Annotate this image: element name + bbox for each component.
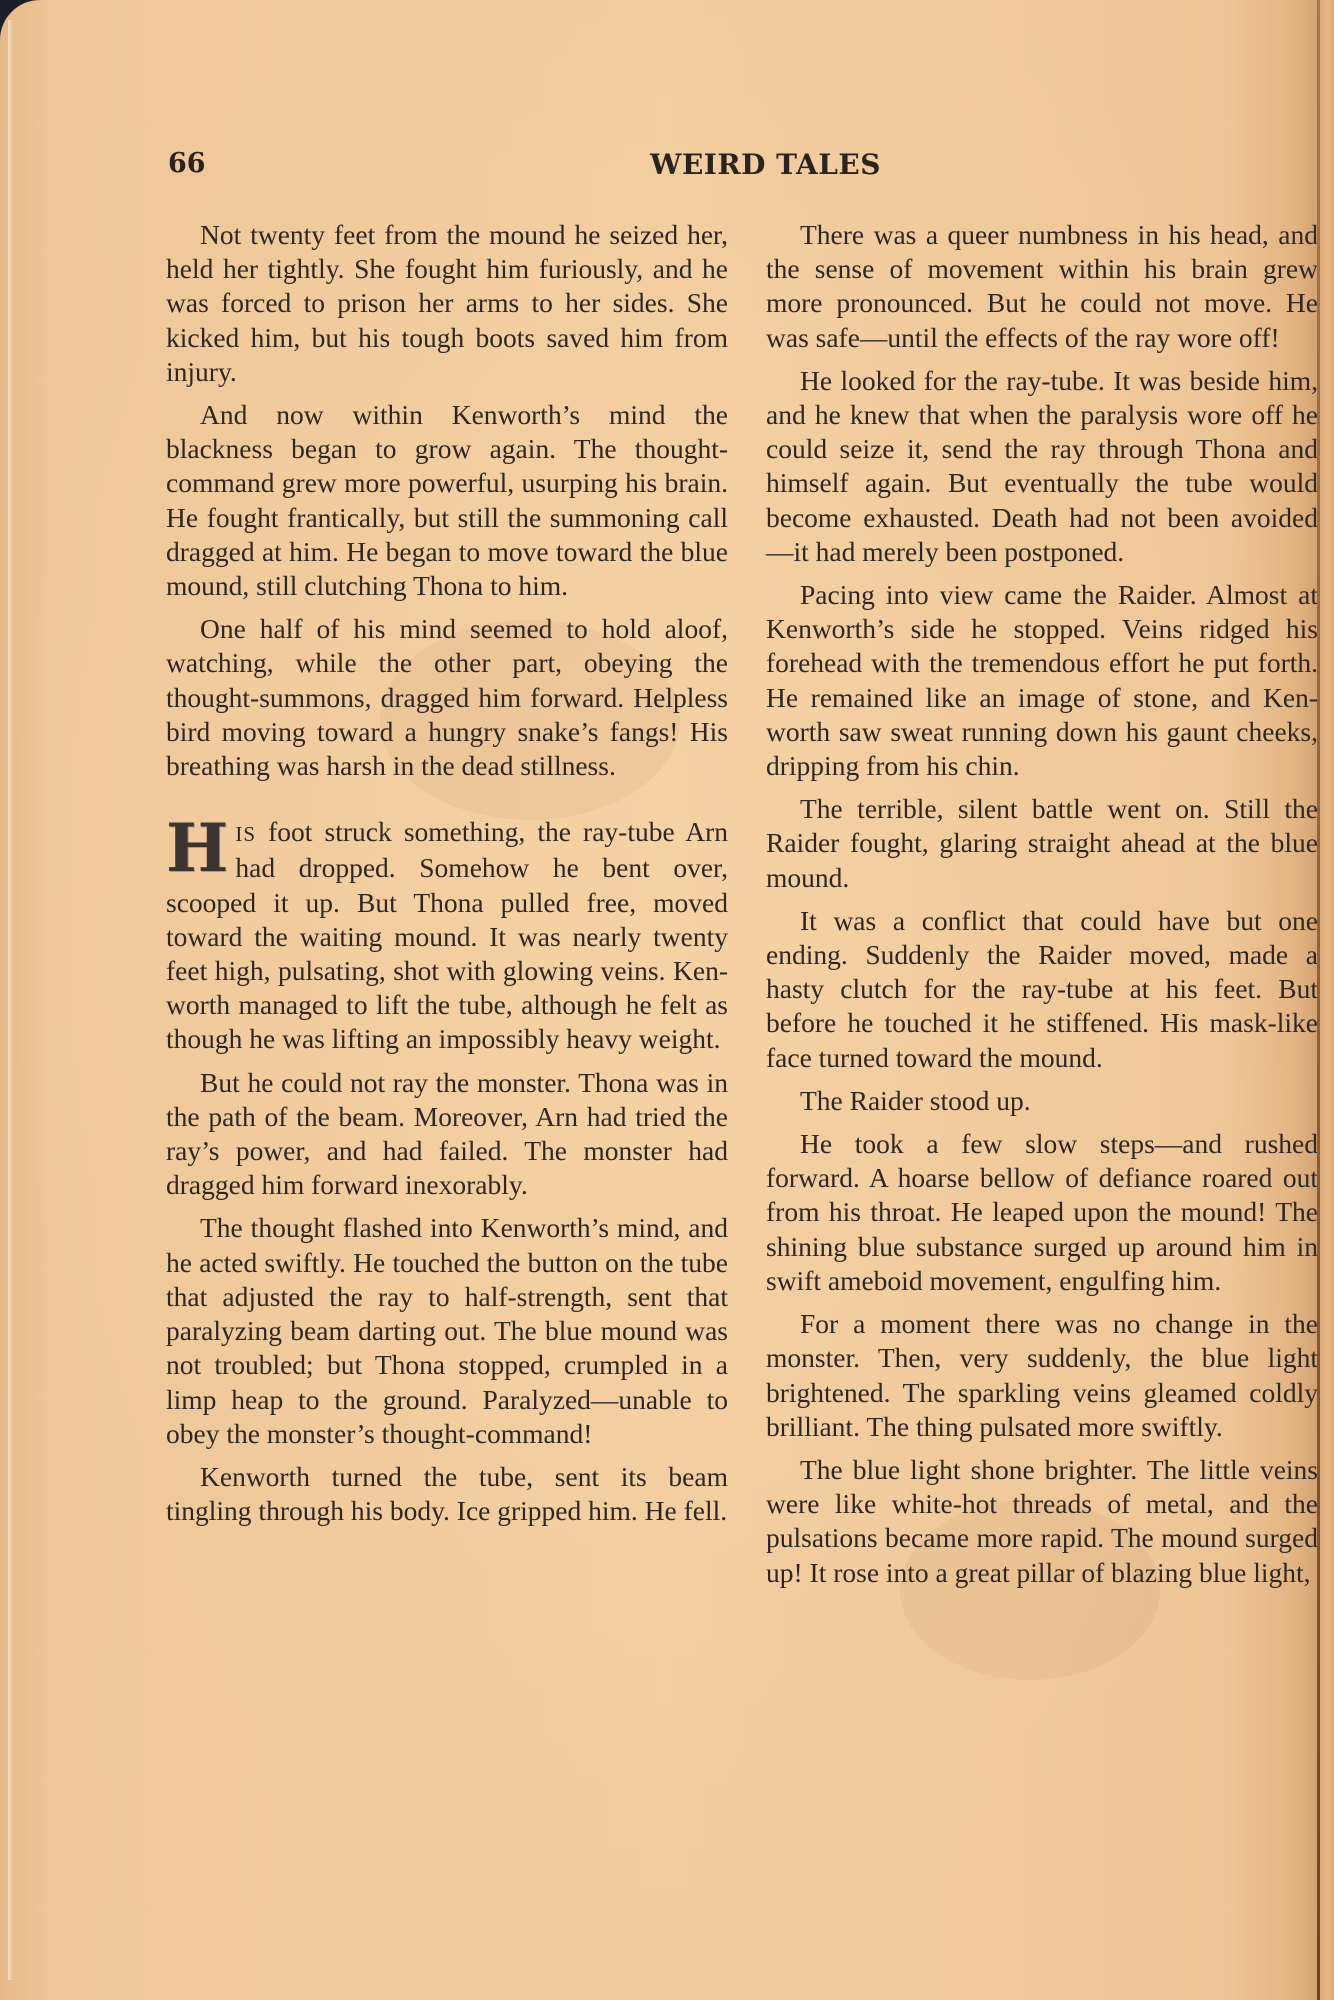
paragraph: The Raider stood up. (766, 1084, 1318, 1118)
paragraph: And now within Kenworth’s mind the black… (166, 398, 728, 603)
paragraph: But he could not ray the monster. Thona … (166, 1066, 728, 1203)
facing-page-edge (1320, 0, 1334, 2000)
right-column: There was a queer numbness in his head, … (766, 218, 1318, 1599)
paragraph: Not twenty feet from the mound he seized… (166, 218, 728, 389)
section-break-paragraph: HIS foot struck something, the ray-tube … (166, 815, 728, 1056)
paragraph: Pacing into view came the Raider. Al­mos… (766, 578, 1318, 783)
paragraph: There was a queer numbness in his head, … (766, 218, 1318, 355)
paragraph: He took a few slow steps—and rushed forw… (766, 1127, 1318, 1298)
paragraph: The blue light shone brighter. The lit­t… (766, 1453, 1318, 1590)
paragraph: It was a conflict that could have but on… (766, 904, 1318, 1075)
running-head: 66 WEIRD TALES (168, 148, 1323, 188)
paragraph: The thought flashed into Kenworth’s mind… (166, 1211, 728, 1450)
magazine-title: WEIRD TALES (650, 148, 881, 181)
paragraph: He looked for the ray-tube. It was be­si… (766, 364, 1318, 569)
paragraph: For a moment there was no change in the … (766, 1307, 1318, 1444)
left-column: Not twenty feet from the mound he seized… (166, 218, 728, 1537)
paragraph: The terrible, silent battle went on. Sti… (766, 792, 1318, 895)
drop-cap: H (166, 820, 227, 880)
page-edge-highlight (8, 20, 14, 1980)
paragraph: Kenworth turned the tube, sent its beam … (166, 1460, 728, 1528)
magazine-page: 66 WEIRD TALES Not twenty feet from the … (0, 0, 1334, 2000)
paragraph-text: foot struck something, the ray-tube Arn … (166, 816, 728, 1054)
page-number: 66 (168, 148, 206, 179)
paragraph: One half of his mind seemed to hold aloo… (166, 612, 728, 783)
smallcaps-lead: IS (235, 822, 256, 846)
